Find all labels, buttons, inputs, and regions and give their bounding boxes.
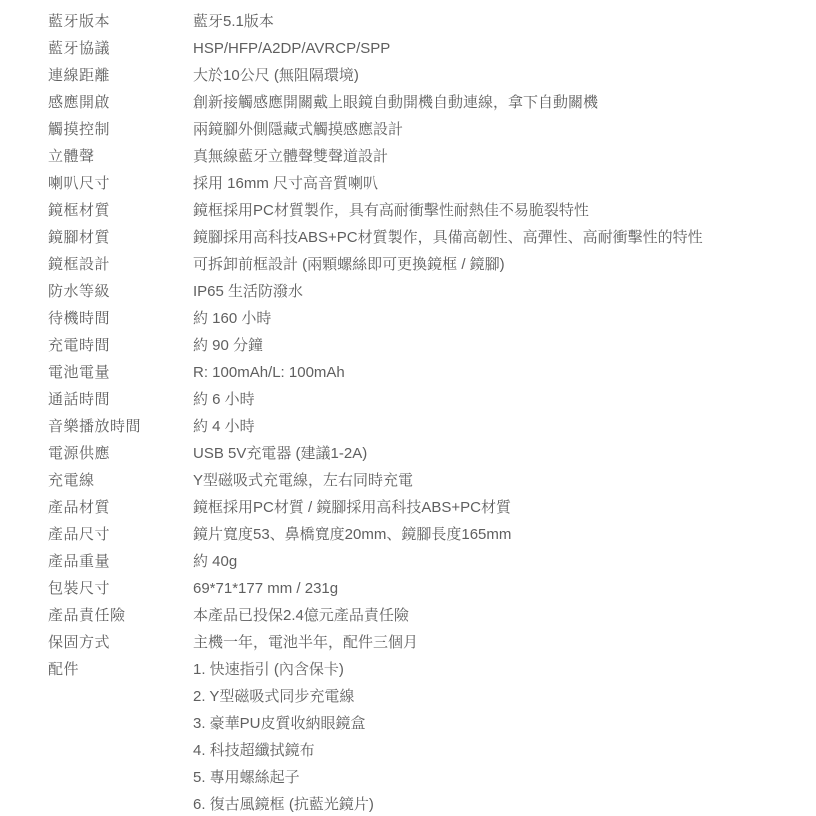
spec-value: 鏡框採用PC材質製作，具有高耐衝擊性耐熱佳不易脆裂特性 (193, 197, 796, 224)
table-row: 連線距離大於10公尺 (無阻隔環境) (48, 62, 796, 89)
spec-value-line: 主機一年，電池半年，配件三個月 (193, 629, 796, 656)
spec-value: 本產品已投保2.4億元產品責任險 (193, 602, 796, 629)
table-row: 電源供應USB 5V充電器 (建議1-2A) (48, 440, 796, 467)
table-row: 觸摸控制兩鏡腳外側隱藏式觸摸感應設計 (48, 116, 796, 143)
spec-value: 約 160 小時 (193, 305, 796, 332)
table-row: 喇叭尺寸採用 16mm 尺寸高音質喇叭 (48, 170, 796, 197)
spec-value-line: 藍牙5.1版本 (193, 8, 796, 35)
spec-value-line: 鏡腳採用高科技ABS+PC材質製作，具備高韌性、高彈性、高耐衝擊性的特性 (193, 224, 796, 251)
spec-label: 鏡框設計 (48, 251, 193, 278)
table-row: 藍牙版本藍牙5.1版本 (48, 8, 796, 35)
spec-label: 保固方式 (48, 629, 193, 656)
spec-label: 產品責任險 (48, 602, 193, 629)
spec-value-line: 6. 復古風鏡框 (抗藍光鏡片) (193, 791, 796, 816)
spec-label: 觸摸控制 (48, 116, 193, 143)
spec-value: 1. 快速指引 (內含保卡)2. Y型磁吸式同步充電線3. 豪華PU皮質收納眼鏡… (193, 656, 796, 816)
spec-value: 主機一年，電池半年，配件三個月 (193, 629, 796, 656)
spec-value: 鏡腳採用高科技ABS+PC材質製作，具備高韌性、高彈性、高耐衝擊性的特性 (193, 224, 796, 251)
spec-value: 鏡片寬度53、鼻橋寬度20mm、鏡腳長度165mm (193, 521, 796, 548)
spec-value-line: 真無線藍牙立體聲雙聲道設計 (193, 143, 796, 170)
table-row: 感應開啟創新接觸感應開關戴上眼鏡自動開機自動連線，拿下自動關機 (48, 89, 796, 116)
table-row: 產品材質鏡框採用PC材質 / 鏡腳採用高科技ABS+PC材質 (48, 494, 796, 521)
spec-value-line: 兩鏡腳外側隱藏式觸摸感應設計 (193, 116, 796, 143)
spec-value-line: 5. 專用螺絲起子 (193, 764, 796, 791)
spec-value-line: 大於10公尺 (無阻隔環境) (193, 62, 796, 89)
spec-value: IP65 生活防潑水 (193, 278, 796, 305)
table-row: 充電線Y型磁吸式充電線，左右同時充電 (48, 467, 796, 494)
spec-value-line: 3. 豪華PU皮質收納眼鏡盒 (193, 710, 796, 737)
spec-value: Y型磁吸式充電線，左右同時充電 (193, 467, 796, 494)
spec-value-line: 2. Y型磁吸式同步充電線 (193, 683, 796, 710)
spec-value: 可拆卸前框設計 (兩顆螺絲即可更換鏡框 / 鏡腳) (193, 251, 796, 278)
spec-label: 感應開啟 (48, 89, 193, 116)
spec-label: 鏡框材質 (48, 197, 193, 224)
spec-label: 配件 (48, 656, 193, 683)
spec-label: 鏡腳材質 (48, 224, 193, 251)
spec-value-line: 69*71*177 mm / 231g (193, 575, 796, 602)
table-row: 產品責任險本產品已投保2.4億元產品責任險 (48, 602, 796, 629)
spec-label: 產品尺寸 (48, 521, 193, 548)
spec-label: 電池電量 (48, 359, 193, 386)
spec-table: 藍牙版本藍牙5.1版本藍牙協議HSP/HFP/A2DP/AVRCP/SPP連線距… (0, 0, 816, 816)
spec-value-line: Y型磁吸式充電線，左右同時充電 (193, 467, 796, 494)
spec-label: 通話時間 (48, 386, 193, 413)
spec-value: 約 6 小時 (193, 386, 796, 413)
spec-label: 藍牙協議 (48, 35, 193, 62)
spec-value-line: 創新接觸感應開關戴上眼鏡自動開機自動連線，拿下自動關機 (193, 89, 796, 116)
spec-value-line: 約 4 小時 (193, 413, 796, 440)
spec-value-line: 鏡片寬度53、鼻橋寬度20mm、鏡腳長度165mm (193, 521, 796, 548)
spec-value-line: 鏡框採用PC材質製作，具有高耐衝擊性耐熱佳不易脆裂特性 (193, 197, 796, 224)
spec-label: 連線距離 (48, 62, 193, 89)
table-row: 通話時間約 6 小時 (48, 386, 796, 413)
spec-value: HSP/HFP/A2DP/AVRCP/SPP (193, 35, 796, 62)
spec-value: 約 90 分鐘 (193, 332, 796, 359)
table-row: 待機時間約 160 小時 (48, 305, 796, 332)
spec-value: USB 5V充電器 (建議1-2A) (193, 440, 796, 467)
table-row: 鏡腳材質鏡腳採用高科技ABS+PC材質製作，具備高韌性、高彈性、高耐衝擊性的特性 (48, 224, 796, 251)
table-row: 防水等級IP65 生活防潑水 (48, 278, 796, 305)
spec-label: 充電時間 (48, 332, 193, 359)
table-row: 藍牙協議HSP/HFP/A2DP/AVRCP/SPP (48, 35, 796, 62)
table-row: 鏡框設計可拆卸前框設計 (兩顆螺絲即可更換鏡框 / 鏡腳) (48, 251, 796, 278)
spec-value-line: 約 40g (193, 548, 796, 575)
table-row: 鏡框材質鏡框採用PC材質製作，具有高耐衝擊性耐熱佳不易脆裂特性 (48, 197, 796, 224)
spec-value-line: R: 100mAh/L: 100mAh (193, 359, 796, 386)
spec-value: 大於10公尺 (無阻隔環境) (193, 62, 796, 89)
table-row: 產品尺寸鏡片寬度53、鼻橋寬度20mm、鏡腳長度165mm (48, 521, 796, 548)
spec-value: 真無線藍牙立體聲雙聲道設計 (193, 143, 796, 170)
spec-value: R: 100mAh/L: 100mAh (193, 359, 796, 386)
spec-label: 產品材質 (48, 494, 193, 521)
table-row: 產品重量約 40g (48, 548, 796, 575)
table-row: 配件1. 快速指引 (內含保卡)2. Y型磁吸式同步充電線3. 豪華PU皮質收納… (48, 656, 796, 816)
table-row: 保固方式主機一年，電池半年，配件三個月 (48, 629, 796, 656)
spec-value-line: 約 90 分鐘 (193, 332, 796, 359)
spec-label: 藍牙版本 (48, 8, 193, 35)
spec-value-line: HSP/HFP/A2DP/AVRCP/SPP (193, 35, 796, 62)
spec-value-line: 約 160 小時 (193, 305, 796, 332)
spec-value: 採用 16mm 尺寸高音質喇叭 (193, 170, 796, 197)
spec-label: 立體聲 (48, 143, 193, 170)
table-row: 包裝尺寸69*71*177 mm / 231g (48, 575, 796, 602)
table-row: 立體聲真無線藍牙立體聲雙聲道設計 (48, 143, 796, 170)
spec-value-line: 本產品已投保2.4億元產品責任險 (193, 602, 796, 629)
spec-value: 鏡框採用PC材質 / 鏡腳採用高科技ABS+PC材質 (193, 494, 796, 521)
spec-value-line: IP65 生活防潑水 (193, 278, 796, 305)
spec-value-line: 1. 快速指引 (內含保卡) (193, 656, 796, 683)
spec-value-line: 可拆卸前框設計 (兩顆螺絲即可更換鏡框 / 鏡腳) (193, 251, 796, 278)
spec-label: 包裝尺寸 (48, 575, 193, 602)
spec-label: 待機時間 (48, 305, 193, 332)
spec-value-line: 採用 16mm 尺寸高音質喇叭 (193, 170, 796, 197)
spec-value: 69*71*177 mm / 231g (193, 575, 796, 602)
spec-value-line: USB 5V充電器 (建議1-2A) (193, 440, 796, 467)
spec-value: 藍牙5.1版本 (193, 8, 796, 35)
table-row: 電池電量R: 100mAh/L: 100mAh (48, 359, 796, 386)
spec-label: 防水等級 (48, 278, 193, 305)
spec-value-line: 4. 科技超纖拭鏡布 (193, 737, 796, 764)
spec-label: 產品重量 (48, 548, 193, 575)
spec-value: 約 4 小時 (193, 413, 796, 440)
table-row: 充電時間約 90 分鐘 (48, 332, 796, 359)
table-row: 音樂播放時間約 4 小時 (48, 413, 796, 440)
spec-value: 約 40g (193, 548, 796, 575)
spec-value-line: 鏡框採用PC材質 / 鏡腳採用高科技ABS+PC材質 (193, 494, 796, 521)
spec-value: 兩鏡腳外側隱藏式觸摸感應設計 (193, 116, 796, 143)
spec-label: 充電線 (48, 467, 193, 494)
spec-label: 喇叭尺寸 (48, 170, 193, 197)
spec-value: 創新接觸感應開關戴上眼鏡自動開機自動連線，拿下自動關機 (193, 89, 796, 116)
spec-label: 音樂播放時間 (48, 413, 193, 440)
spec-label: 電源供應 (48, 440, 193, 467)
spec-value-line: 約 6 小時 (193, 386, 796, 413)
